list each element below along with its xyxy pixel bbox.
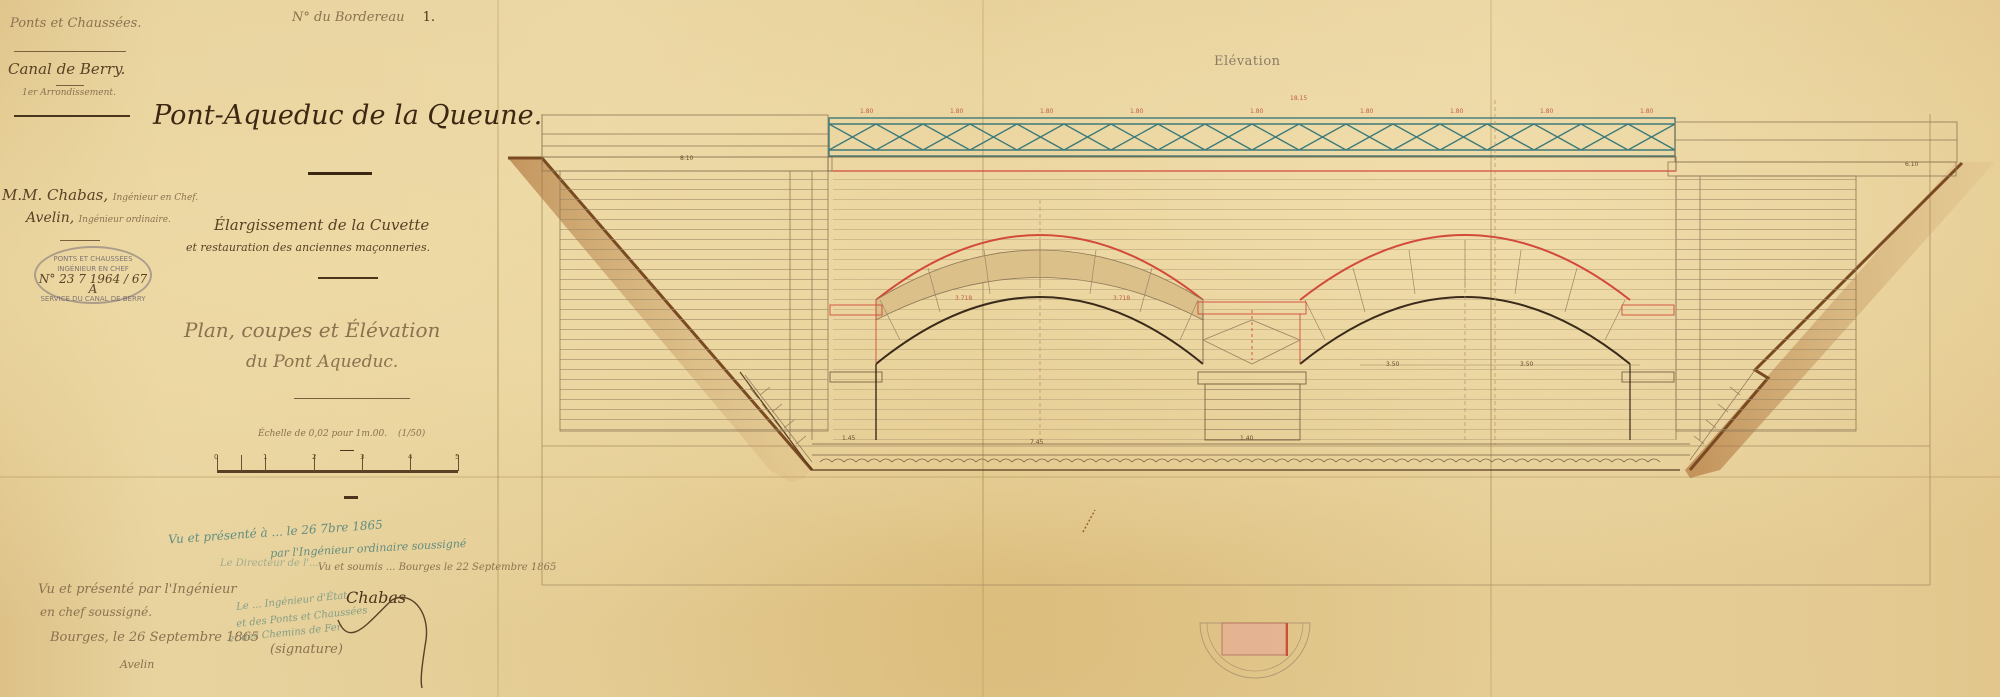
- railing: [829, 118, 1675, 156]
- view-label: Elévation: [1214, 54, 1281, 69]
- dimension-label: 1.80: [1450, 108, 1464, 115]
- dimension-label: 1.80: [1130, 108, 1144, 115]
- elevation-drawing: 18.15 1.80 1.80 1.80 1.80 1.80 1.80 1.80…: [0, 0, 2000, 697]
- right-wing-wall: [1668, 122, 1957, 440]
- dimension-label: 3.718: [955, 295, 972, 302]
- slope-dimension: [1083, 510, 1095, 532]
- dimension-label: 3.50: [1520, 361, 1534, 368]
- dimension-label: 18.15: [1290, 95, 1307, 102]
- cuvette-section-detail: [1200, 623, 1310, 678]
- dimension-label: 1.80: [1540, 108, 1554, 115]
- left-wing-wall: [542, 115, 832, 440]
- dimension-label: 3.718: [1113, 295, 1130, 302]
- dimension-label: 1.80: [1360, 108, 1374, 115]
- dimension-label: 1.80: [950, 108, 964, 115]
- foundation: [812, 444, 1690, 462]
- dimension-label: 6.10: [1905, 161, 1919, 168]
- dimension-label: 1.40: [1240, 435, 1254, 442]
- dimension-label: 3.50: [1386, 361, 1400, 368]
- dimension-label: 1.80: [1640, 108, 1654, 115]
- dimension-label: 1.80: [1040, 108, 1054, 115]
- coping: [828, 157, 1676, 171]
- dimension-label: 8.10: [680, 155, 694, 162]
- dimension-label: 1.80: [860, 108, 874, 115]
- dimension-label: 7.45: [1030, 439, 1044, 446]
- dimension-label: 1.45: [842, 435, 856, 442]
- dimension-label: 1.80: [1250, 108, 1264, 115]
